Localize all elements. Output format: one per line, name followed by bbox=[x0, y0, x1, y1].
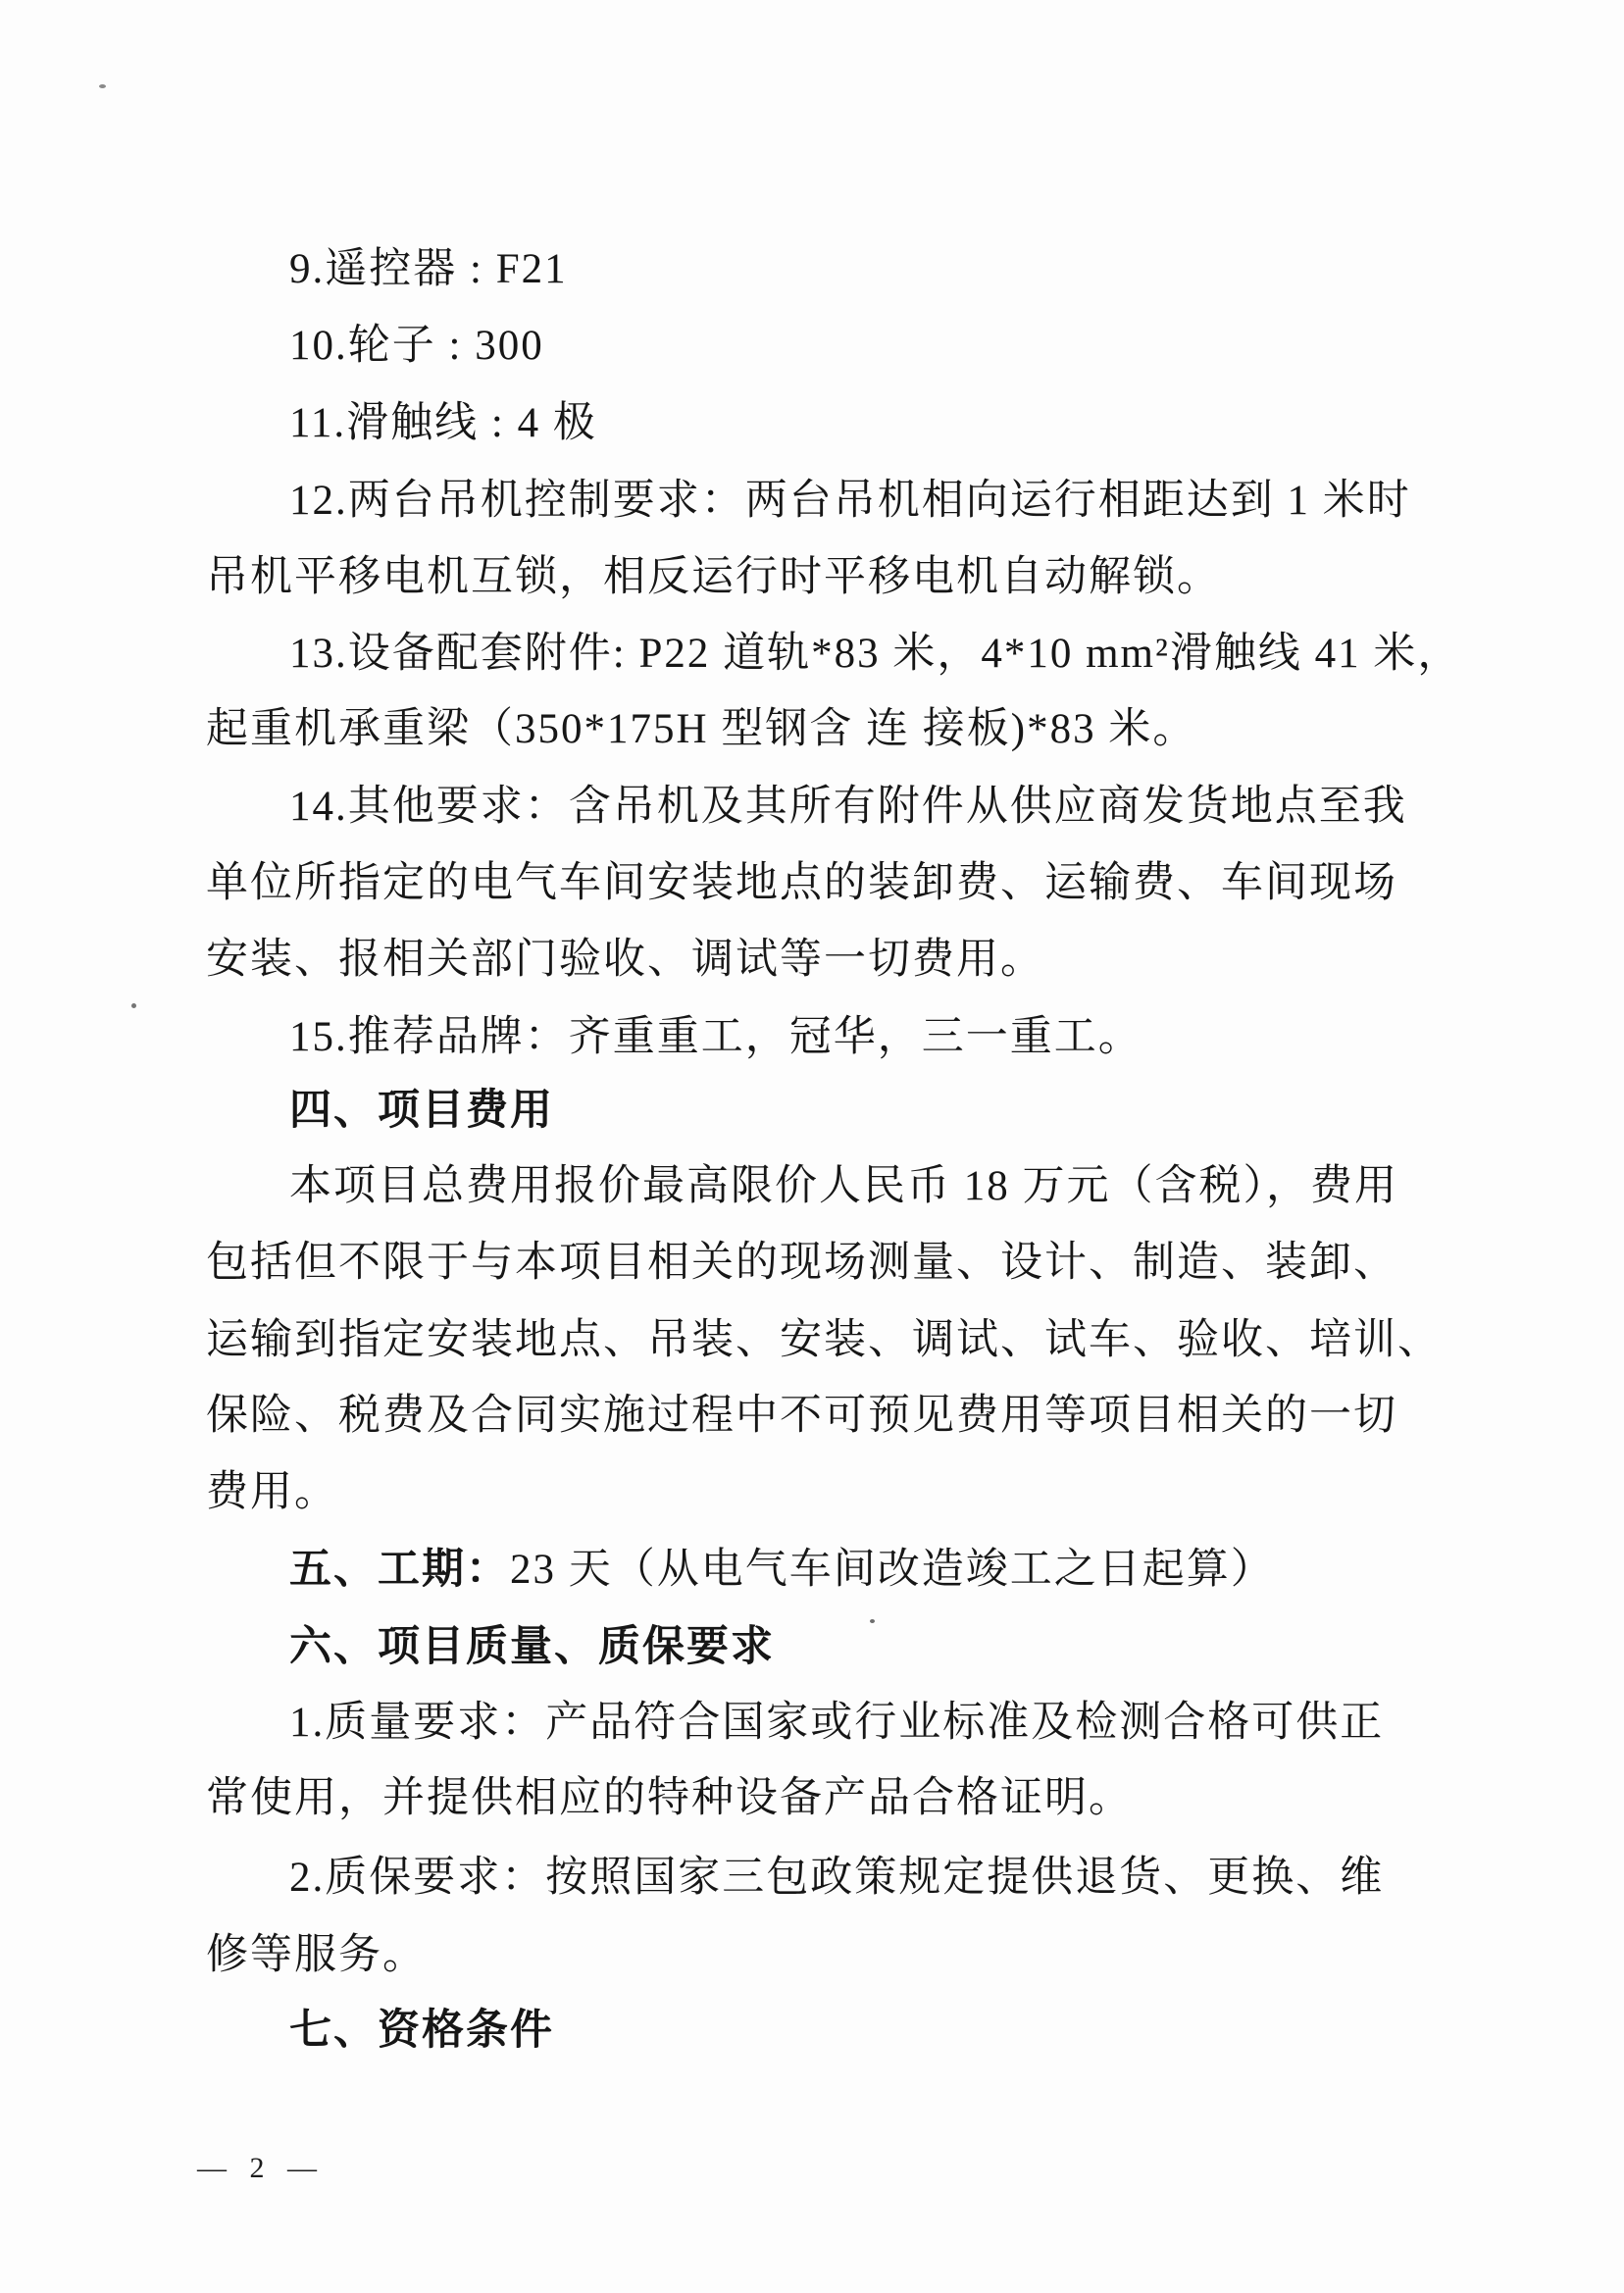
scan-speck bbox=[870, 1619, 875, 1623]
construction-period-value: 23 天（从电气车间改造竣工之日起算） bbox=[510, 1547, 1275, 1593]
project-cost-paragraph-line-2: 包括但不限于与本项目相关的现场测量、设计、制造、装卸、 bbox=[206, 1241, 1397, 1285]
spec-item-11-trolley-wire: 11.滑触线 : 4 极 bbox=[289, 401, 597, 445]
section-heading-4-project-cost: 四、项目费用 bbox=[289, 1089, 554, 1133]
page-number: — 2 — bbox=[197, 2152, 325, 2185]
project-cost-paragraph-line-4: 保险、税费及合同实施过程中不可预见费用等项目相关的一切 bbox=[206, 1394, 1397, 1438]
spec-item-12-control-requirements-line-2: 吊机平移电机互锁，相反运行时平移电机自动解锁。 bbox=[206, 555, 1221, 599]
scan-speck bbox=[131, 1003, 136, 1008]
section-heading-6-quality-warranty: 六、项目质量、质保要求 bbox=[289, 1625, 775, 1669]
scanned-document-page: 9.遥控器 : F21 10.轮子 : 300 11.滑触线 : 4 极 12.… bbox=[0, 0, 1624, 2293]
spec-item-15-recommended-brands: 15.推荐品牌：齐重重工，冠华，三一重工。 bbox=[289, 1015, 1142, 1059]
project-cost-paragraph-line-3: 运输到指定安装地点、吊装、安装、调试、试车、验收、培训、 bbox=[206, 1318, 1442, 1362]
spec-item-13-accessories-line-1: 13.设备配套附件: P22 道轨*83 米，4*10 mm²滑触线 41 米， bbox=[289, 632, 1461, 676]
spec-item-14-other-requirements-line-3: 安装、报相关部门验收、调试等一切费用。 bbox=[206, 938, 1044, 982]
warranty-requirement-line-1: 2.质保要求：按照国家三包政策规定提供退货、更换、维 bbox=[289, 1856, 1384, 1900]
project-cost-paragraph-line-1: 本项目总费用报价最高限价人民币 18 万元（含税），费用 bbox=[289, 1164, 1398, 1208]
spec-item-14-other-requirements-line-1: 14.其他要求：含吊机及其所有附件从供应商发货地点至我 bbox=[289, 785, 1407, 829]
spec-item-13-accessories-line-2: 起重机承重梁（350*175H 型钢含 连 接板)*83 米。 bbox=[206, 707, 1196, 751]
section-heading-7-qualification: 七、资格条件 bbox=[289, 2009, 554, 2053]
scan-speck bbox=[99, 84, 106, 88]
spec-item-14-other-requirements-line-2: 单位所指定的电气车间安装地点的装卸费、运输费、车间现场 bbox=[206, 861, 1397, 905]
construction-period-label: 五、工期： bbox=[289, 1547, 510, 1593]
quality-requirement-line-1: 1.质量要求：产品符合国家或行业标准及检测合格可供正 bbox=[289, 1701, 1384, 1745]
project-cost-paragraph-line-5: 费用。 bbox=[206, 1470, 338, 1514]
spec-item-9-remote-control: 9.遥控器 : F21 bbox=[289, 247, 568, 291]
spec-item-10-wheels: 10.轮子 : 300 bbox=[289, 324, 544, 368]
quality-requirement-line-2: 常使用，并提供相应的特种设备产品合格证明。 bbox=[206, 1776, 1133, 1820]
warranty-requirement-line-2: 修等服务。 bbox=[206, 1933, 427, 1977]
spec-item-12-control-requirements-line-1: 12.两台吊机控制要求：两台吊机相向运行相距达到 1 米时 bbox=[289, 479, 1411, 523]
section-heading-5-construction-period: 五、工期：23 天（从电气车间改造竣工之日起算） bbox=[289, 1548, 1275, 1592]
